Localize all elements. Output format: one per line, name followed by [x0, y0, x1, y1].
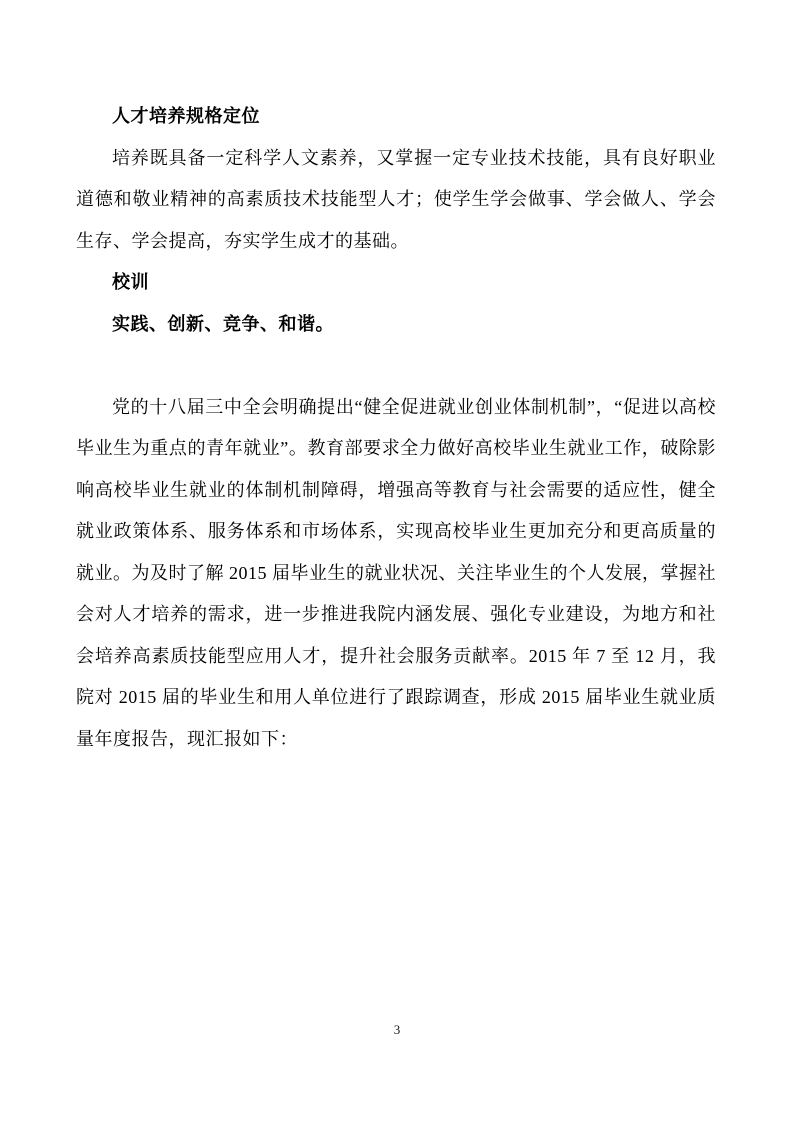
paragraph-report-intro: 党的十八届三中全会明确提出“健全促进就业创业体制机制”，“促进以高校毕业生为重点… — [76, 387, 716, 761]
document-content: 人才培养规格定位 培养既具备一定科学人文素养，又掌握一定专业技术技能，具有良好职… — [76, 96, 716, 760]
section-heading-talent-training: 人才培养规格定位 — [76, 96, 716, 138]
motto-label: 校训 — [76, 262, 716, 304]
motto-text: 实践、创新、竞争、和谐。 — [76, 304, 716, 346]
document-page: 人才培养规格定位 培养既具备一定科学人文素养，又掌握一定专业技术技能，具有良好职… — [0, 0, 794, 1123]
paragraph-talent-training: 培养既具备一定科学人文素养，又掌握一定专业技术技能，具有良好职业道德和敬业精神的… — [76, 138, 716, 263]
page-number: 3 — [0, 1022, 794, 1038]
empty-line — [76, 345, 716, 387]
